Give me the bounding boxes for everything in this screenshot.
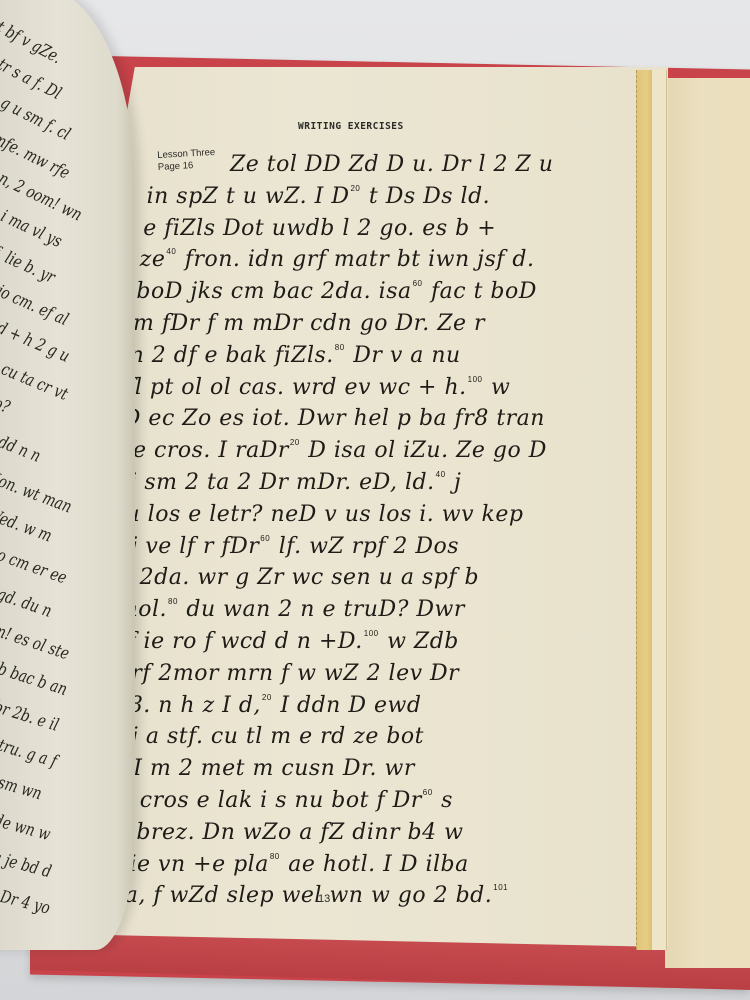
lesson-label: Lesson Three Page 16 (157, 147, 216, 174)
word-count-marker: 80 (168, 597, 178, 606)
handwritten-line: in spZ t u wZ. I D20 t Ds Ds ld. (147, 184, 491, 209)
word-count-marker: 80 (335, 343, 345, 352)
handwritten-line: hof ie ro f wcd d n +D.100 w Zdb (99, 629, 459, 654)
line-text: ze (140, 247, 166, 272)
left-page-line: I dd n n (0, 429, 43, 467)
photo-scene: WRITING EXERCISES Lesson Three Page 16 Z… (0, 0, 750, 1000)
left-page-line: ta je bd d (0, 846, 53, 882)
word-count-marker: 60 (423, 788, 433, 797)
word-count-marker: 20 (350, 184, 360, 193)
left-page-line: ubr 2b. e il (0, 694, 61, 735)
word-count-marker: 60 (413, 279, 423, 288)
left-page-line: db bac b an (0, 656, 70, 700)
line-text: Ze tol DD Zd D u. Dr l 2 Z u (230, 152, 553, 177)
line-text-continued: t Ds Ds ld. (361, 184, 490, 209)
left-page-line: s tru. g a f (0, 732, 59, 772)
line-text: e fiZls Dot uwdb l 2 go. es b + (143, 216, 496, 241)
handwritten-line: e fiZls Dot uwdb l 2 go. es b + (143, 216, 496, 241)
handwritten-line: b4 8. n h z I d,20 I ddn D ewd (92, 693, 421, 718)
handwritten-line: 2mol.80 du wan 2 n e truD? Dwr (102, 597, 465, 622)
line-text: in spZ t u wZ. I D (147, 184, 350, 209)
line-text-continued: I ddn D ewd (273, 693, 422, 718)
left-page-line: r Dr 4 yo (0, 884, 52, 918)
left-page-line: so? (0, 391, 13, 418)
word-count-marker: 60 (260, 534, 270, 543)
left-page-line: tm! es ol ste (0, 619, 72, 665)
line-text: n 2 df e bak fiZls. (130, 343, 334, 368)
line-text: D ec Zo es iot. Dwr hel p ba fr8 tran (123, 406, 545, 431)
handwritten-line: gs 2da. wr g Zr wc sen u a spf b (106, 565, 479, 590)
line-text-continued: j (447, 470, 462, 495)
line-text: boD jks cm bac 2da. isa (136, 279, 411, 304)
handwritten-line: m fDr f m mDr cdn go Dr. Ze r (133, 311, 485, 336)
word-count-marker: 20 (262, 693, 272, 702)
page-number: 13 (318, 893, 330, 905)
handwritten-line: n 2 df e bak fiZls.80 Dr v a nu (130, 343, 461, 368)
line-text-continued: w Zdb (380, 629, 459, 654)
word-count-marker: 80 (270, 852, 280, 861)
handwritten-line: ej sm 2 ta 2 Dr mDr. eD, ld.40 j (116, 470, 461, 495)
line-text: fl pt ol ol cas. wrd ev wc + h. (126, 375, 466, 400)
handwritten-line: ze40 fron. idn grf matr bt iwn jsf d. (140, 247, 535, 272)
handwritten-line: Ze tol DD Zd D u. Dr l 2 Z u (230, 152, 553, 177)
line-text-continued: fron. idn grf matr bt iwn jsf d. (177, 247, 534, 272)
line-text-continued: I m 2 met m cusn Dr. wr (126, 756, 415, 781)
handwritten-line: vu los e letr? neD v us los i. wv kep (113, 502, 524, 527)
handwritten-line: p erf 2mor mrn f w wZ 2 lev Dr (96, 661, 460, 686)
left-page-line: y gd. du n (0, 581, 54, 622)
page-stack-edge-light (652, 70, 667, 950)
line-text-continued: du wan 2 n e truD? Dwr (179, 597, 465, 622)
page-stack-edge (636, 70, 653, 950)
handwritten-line: mj ve lf r fDr60 lf. wZ rpf 2 Dos (109, 534, 459, 559)
left-page-line: oo cm er ee (0, 543, 69, 589)
word-count-marker: 101 (493, 883, 508, 892)
line-text: gs 2da. wr g Zr wc sen u a spf b (106, 565, 479, 590)
line-text-continued: s (434, 788, 453, 813)
handwritten-line: D ec Zo es iot. Dwr hel p ba fr8 tran (123, 406, 545, 431)
line-text-continued: lf. wZ rpf 2 Dos (271, 534, 459, 559)
line-text-continued: w (484, 375, 511, 400)
left-page-line: . sm wn (0, 770, 44, 804)
line-text-continued: D isa ol iZu. Ze go D (301, 438, 547, 463)
left-page-text: fl t bf v gZe.letr s a f. Dl2 g u sm f. … (0, 0, 140, 940)
handwritten-line: fl pt ol ol cas. wrd ev wc + h.100 w (126, 375, 510, 400)
line-text: ae cros. I raDr (119, 438, 288, 463)
word-count-marker: 20 (290, 438, 300, 447)
word-count-marker: 100 (364, 629, 379, 638)
line-text-continued: ae hotl. I D ilba (281, 852, 469, 877)
left-page-line: Mon. wt man (0, 467, 74, 518)
left-page-line: gde wn w (0, 808, 52, 845)
line-text: ej sm 2 ta 2 Dr mDr. eD, ld. (116, 470, 435, 495)
left-page-line: Wed. w m (0, 505, 54, 547)
handwritten-line: boD jks cm bac 2da. isa60 fac t boD (136, 279, 537, 304)
next-page-blank (665, 78, 750, 968)
line-text: vu los e letr? neD v us los i. wv kep (113, 502, 524, 527)
line-text-continued: fac t boD (424, 279, 537, 304)
line-text: m fDr f m mDr cdn go Dr. Ze r (133, 311, 485, 336)
handwritten-line: ae cros. I raDr20 D isa ol iZu. Ze go D (119, 438, 546, 463)
line-text-continued: Dr v a nu (346, 343, 461, 368)
word-count-marker: 100 (468, 375, 483, 384)
word-count-marker: 40 (436, 470, 446, 479)
line-text: p erf 2mor mrn f w wZ 2 lev Dr (96, 661, 460, 686)
page-header-title: WRITING EXERCISES (298, 121, 404, 132)
word-count-marker: 40 (166, 247, 176, 256)
